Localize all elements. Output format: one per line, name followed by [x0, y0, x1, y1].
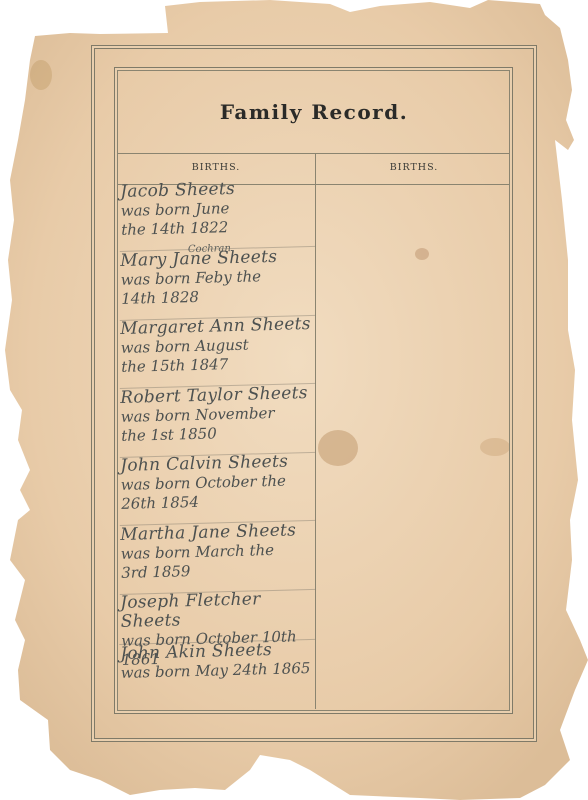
- birth-entry: Robert Taylor Sheets was born November t…: [118, 383, 316, 457]
- entry-date-text: the 14th 1822: [121, 216, 315, 240]
- birth-entry: Cochran Mary Jane Sheets was born Feby t…: [118, 246, 316, 320]
- birth-entry: John Calvin Sheets was born October the …: [118, 452, 316, 526]
- family-record-page: Family Record. BIRTHS. BIRTHS. Jacob She…: [0, 0, 588, 800]
- entry-date-text: the 15th 1847: [121, 353, 315, 377]
- births-column-header-left: BIRTHS.: [117, 162, 315, 173]
- entry-born-text: was born May 24th 1865: [120, 659, 314, 683]
- birth-entry: Margaret Ann Sheets was born August the …: [118, 315, 316, 389]
- births-left-list: Jacob Sheets was born June the 14th 1822…: [118, 183, 314, 695]
- entry-date-text: 26th 1854: [121, 490, 315, 514]
- births-column-header-right: BIRTHS.: [315, 162, 513, 173]
- page-title: Family Record.: [114, 100, 514, 124]
- birth-entry: Joseph Fletcher Sheets was born October …: [118, 589, 315, 645]
- birth-entry: Martha Jane Sheets was born March the 3r…: [118, 520, 316, 594]
- birth-entry: John Akin Sheets was born May 24th 1865: [118, 640, 315, 695]
- entry-name: Joseph Fletcher Sheets: [120, 589, 315, 632]
- entry-annotation: Cochran: [188, 239, 231, 259]
